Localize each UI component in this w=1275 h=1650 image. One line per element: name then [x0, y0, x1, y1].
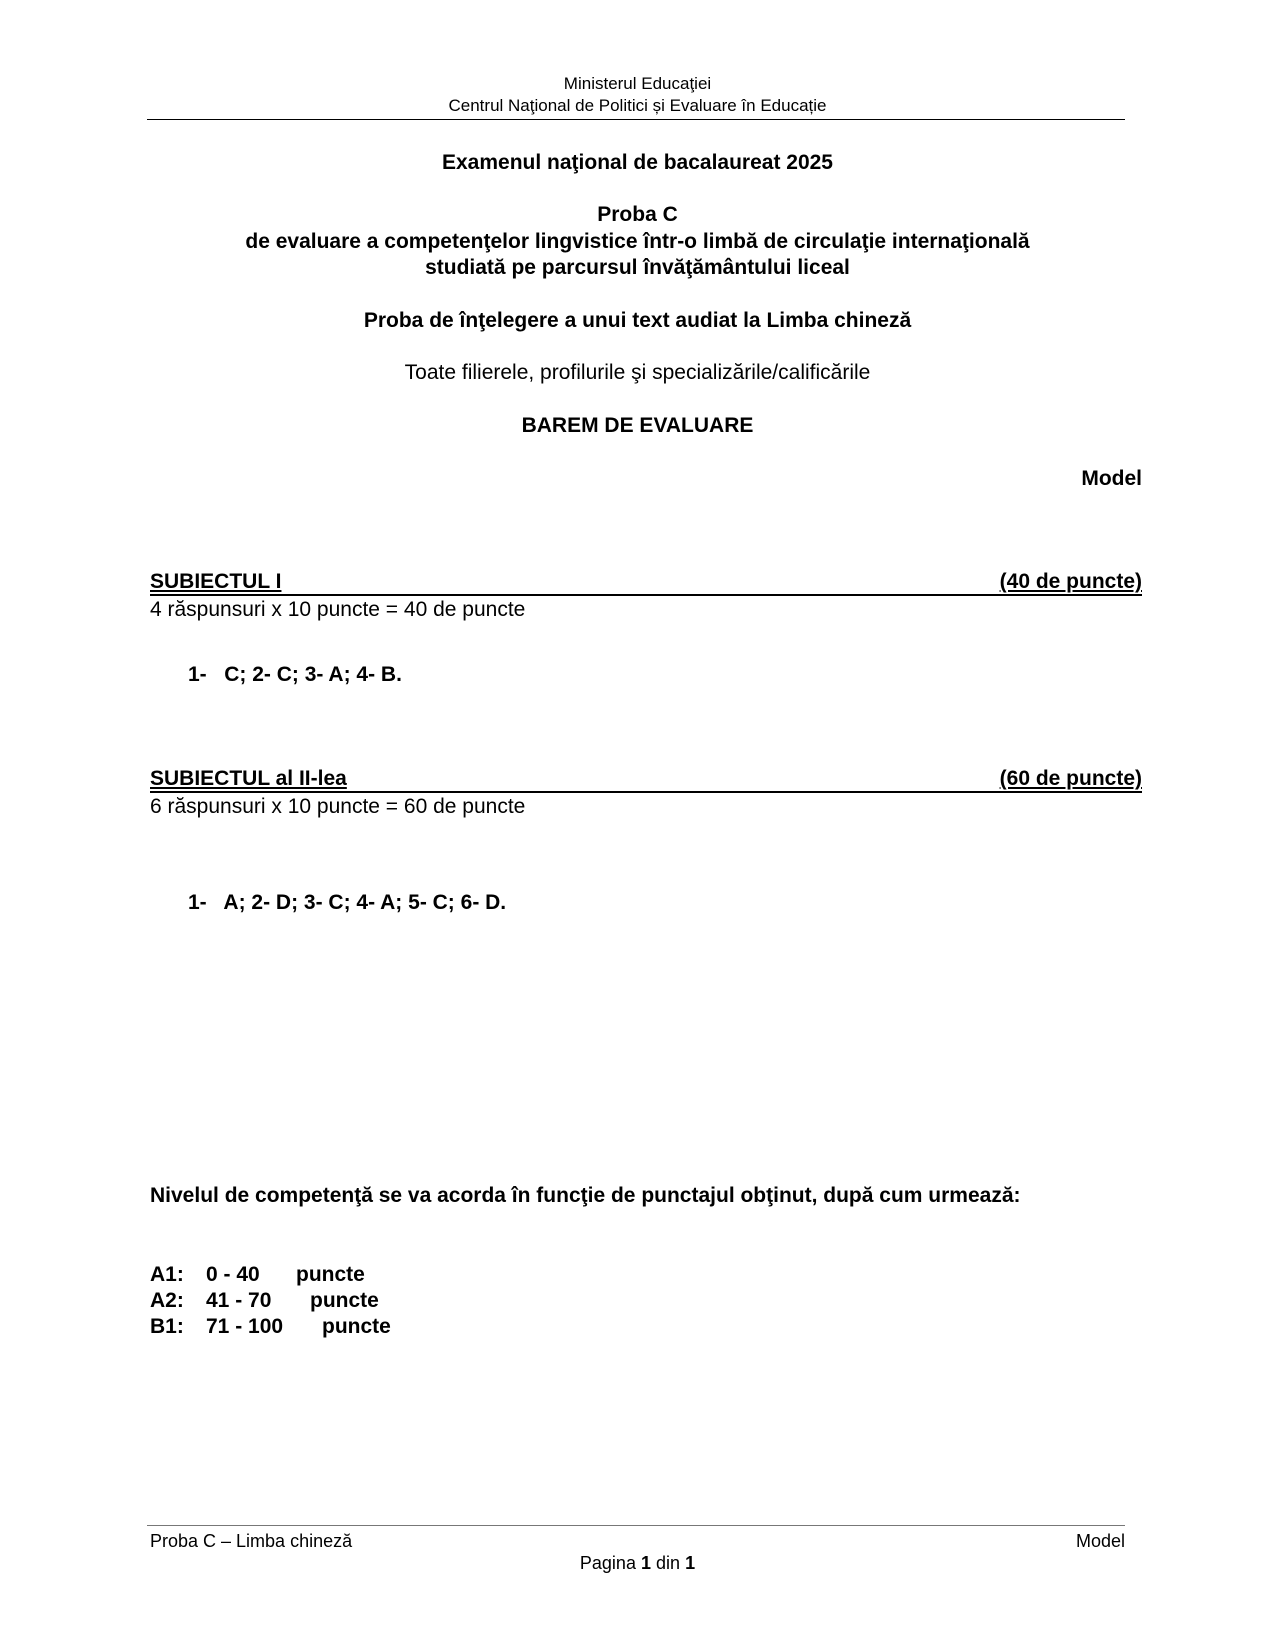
level-code: B1:: [150, 1314, 206, 1340]
level-row: A2: 41 - 70 puncte: [150, 1288, 391, 1314]
footer-left: Proba C – Limba chineză: [150, 1530, 352, 1552]
page-current: 1: [641, 1553, 651, 1573]
header-rule: [147, 119, 1125, 120]
page-label: Pagina: [580, 1553, 636, 1573]
level-row: A1: 0 - 40 puncte: [150, 1262, 391, 1288]
section-2-scoring: 6 răspunsuri x 10 puncte = 60 de puncte: [150, 794, 525, 820]
proba-title: Proba C: [0, 202, 1275, 228]
center-name: Centrul Naţional de Politici și Evaluare…: [0, 96, 1275, 116]
audience: Toate filierele, profilurile şi speciali…: [0, 360, 1275, 386]
section-1-answers: 1- C; 2- C; 3- A; 4- B.: [188, 662, 402, 688]
model-label: Model: [1081, 466, 1142, 492]
level-code: A2:: [150, 1288, 206, 1314]
footer-rule: [147, 1525, 1125, 1526]
proba-description-line2: studiată pe parcursul învăţământului lic…: [0, 255, 1275, 281]
footer-right: Model: [1076, 1530, 1125, 1552]
section-1-header: SUBIECTUL I (40 de puncte): [150, 570, 1142, 596]
level-range: 0 - 40: [206, 1262, 296, 1288]
section-2-title: SUBIECTUL al II-lea: [150, 767, 347, 791]
level-unit: puncte: [322, 1314, 391, 1340]
level-unit: puncte: [310, 1288, 379, 1314]
level-row: B1: 71 - 100 puncte: [150, 1314, 391, 1340]
answers-list: C; 2- C; 3- A; 4- B.: [224, 663, 402, 686]
section-1-title: SUBIECTUL I: [150, 570, 281, 594]
section-1-scoring: 4 răspunsuri x 10 puncte = 40 de puncte: [150, 597, 525, 623]
answers-prefix: 1-: [188, 891, 207, 914]
competence-levels: A1: 0 - 40 puncte A2: 41 - 70 puncte B1:…: [150, 1262, 391, 1340]
exam-title: Examenul naţional de bacalaureat 2025: [0, 150, 1275, 176]
subtitle: Proba de înţelegere a unui text audiat l…: [0, 308, 1275, 334]
level-code: A1:: [150, 1262, 206, 1288]
section-1-points: (40 de puncte): [1000, 570, 1142, 594]
section-2-points: (60 de puncte): [1000, 767, 1142, 791]
page-of: din: [656, 1553, 680, 1573]
proba-description-line1: de evaluare a competenţelor lingvistice …: [0, 229, 1275, 255]
section-2-header: SUBIECTUL al II-lea (60 de puncte): [150, 767, 1142, 793]
competence-intro: Nivelul de competenţă se va acorda în fu…: [150, 1183, 1021, 1209]
level-unit: puncte: [296, 1262, 365, 1288]
answers-list: A; 2- D; 3- C; 4- A; 5- C; 6- D.: [223, 891, 506, 914]
ministry-name: Ministerul Educaţiei: [0, 74, 1275, 94]
level-range: 41 - 70: [206, 1288, 310, 1314]
page-number: Pagina 1 din 1: [0, 1552, 1275, 1574]
page-total: 1: [685, 1553, 695, 1573]
answers-prefix: 1-: [188, 663, 207, 686]
level-range: 71 - 100: [206, 1314, 322, 1340]
barem-title: BAREM DE EVALUARE: [0, 413, 1275, 439]
section-2-answers: 1- A; 2- D; 3- C; 4- A; 5- C; 6- D.: [188, 890, 506, 916]
